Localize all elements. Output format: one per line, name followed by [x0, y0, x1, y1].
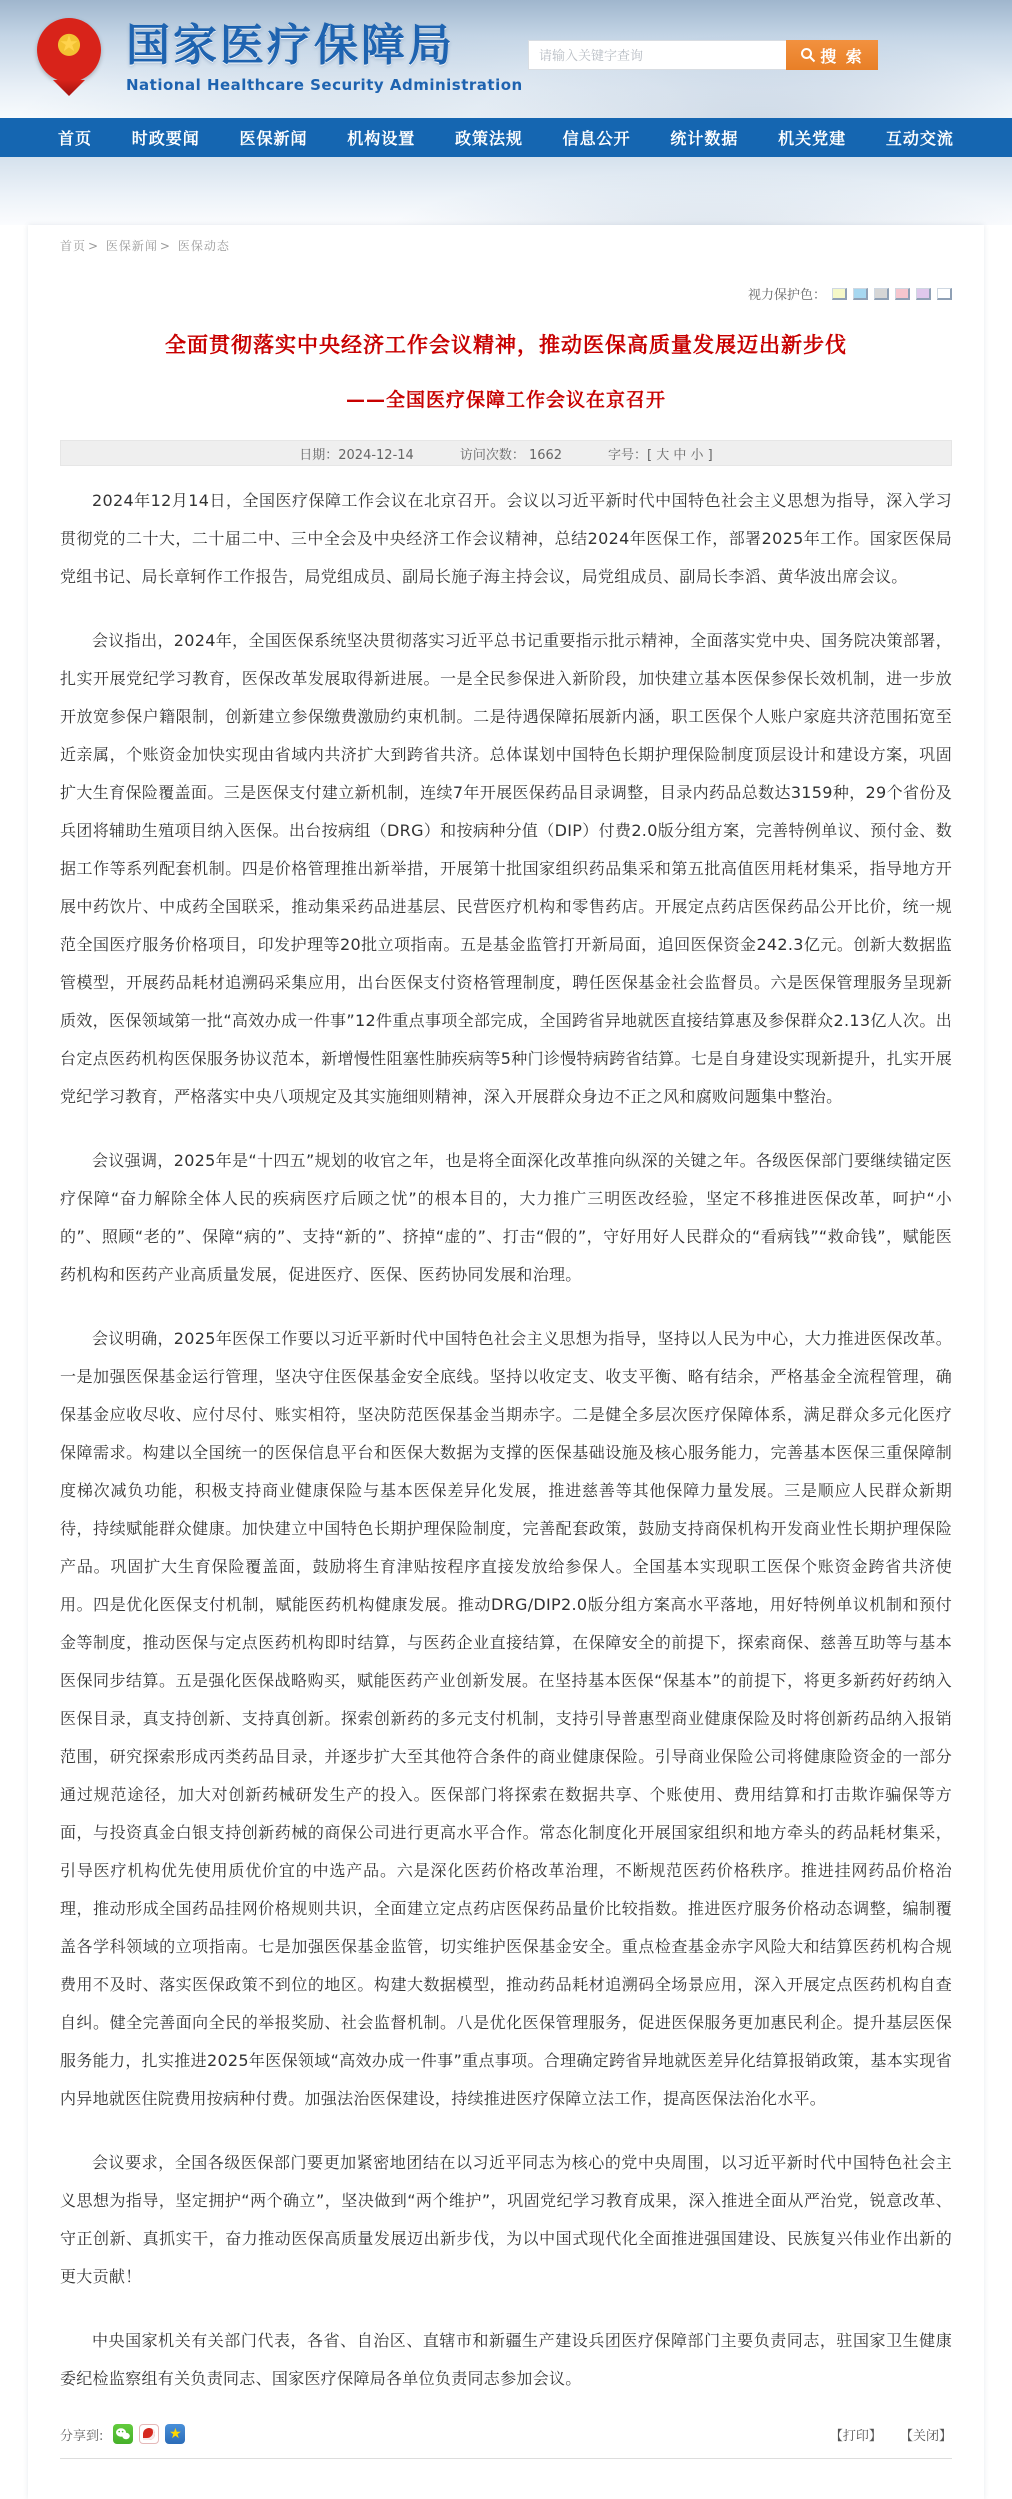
nav-item-statistics[interactable]: 统计数据	[670, 126, 738, 149]
nav-item-policies[interactable]: 政策法规	[455, 126, 523, 149]
meta-date: 日期：2024-12-14	[299, 444, 414, 463]
eye-color-swatch-yellow[interactable]	[832, 288, 847, 300]
article-body: 2024年12月14日，全国医疗保障工作会议在北京召开。会议以习近平新时代中国特…	[60, 482, 952, 2398]
page-tools: 【打印】 【关闭】	[816, 2425, 952, 2444]
nav-item-organization[interactable]: 机构设置	[347, 126, 415, 149]
search-button[interactable]: 搜 索	[786, 40, 878, 70]
meta-visit-count: 访问次数： 1662	[460, 444, 562, 463]
wechat-share-icon[interactable]	[113, 2424, 133, 2444]
article-subtitle: ——全国医疗保障工作会议在京召开	[60, 385, 952, 412]
emblem-ribbon	[53, 80, 85, 96]
article-paragraph: 2024年12月14日，全国医疗保障工作会议在北京召开。会议以习近平新时代中国特…	[60, 482, 952, 596]
national-emblem-logo: ★	[30, 14, 108, 102]
qzone-share-icon[interactable]: ★	[165, 2424, 185, 2444]
nav-item-public-info[interactable]: 信息公开	[563, 126, 631, 149]
breadcrumb-dynamics[interactable]: 医保动态	[178, 239, 230, 253]
hero-strip	[0, 157, 1012, 225]
breadcrumb-separator: >	[88, 239, 99, 253]
star-icon: ★	[37, 34, 101, 56]
article-meta-bar: 日期：2024-12-14 访问次数： 1662 字号：[ 大 中 小 ]	[60, 440, 952, 466]
eye-color-swatch-gray[interactable]	[874, 288, 889, 300]
nav-item-interaction[interactable]: 互动交流	[886, 126, 954, 149]
article-paragraph: 会议强调，2025年是“十四五”规划的收官之年，也是将全面深化改革推向纵深的关键…	[60, 1142, 952, 1294]
share-icons: ★	[113, 2424, 185, 2444]
print-button[interactable]: 【打印】	[830, 2429, 882, 2444]
share-label: 分享到:	[60, 2425, 103, 2444]
site-title: 国家医疗保障局	[126, 22, 523, 70]
content-card: 首页> 医保新闻> 医保动态 视力保护色： 全面贯彻落实中央经济工作会议精神，推…	[28, 225, 984, 2499]
site-header: ★ 国家医疗保障局 National Healthcare Security A…	[0, 0, 1012, 118]
breadcrumb: 首页> 医保新闻> 医保动态	[60, 237, 952, 254]
meta-font-size-switcher[interactable]: 字号：[ 大 中 小 ]	[608, 444, 713, 463]
share-row: 分享到: ★ 【打印】 【关闭】	[60, 2424, 952, 2444]
bottom-divider	[60, 2458, 952, 2459]
search-button-label: 搜 索	[820, 44, 864, 67]
weibo-glyph	[143, 2428, 155, 2440]
page: ★ 国家医疗保障局 National Healthcare Security A…	[0, 0, 1012, 2499]
article-paragraph: 会议指出，2024年，全国医保系统坚决贯彻落实习近平总书记重要指示批示精神，全面…	[60, 622, 952, 1116]
breadcrumb-separator: >	[160, 239, 171, 253]
search-icon	[800, 47, 816, 63]
eye-color-swatch-purple[interactable]	[916, 288, 931, 300]
main-nav: 首页 时政要闻 医保新闻 机构设置 政策法规 信息公开 统计数据 机关党建 互动…	[0, 118, 1012, 157]
search-bar: 搜 索	[528, 40, 878, 70]
eye-protection-row: 视力保护色：	[60, 284, 952, 303]
eye-protection-label: 视力保护色：	[748, 284, 826, 303]
search-input[interactable]	[528, 40, 786, 70]
nav-item-medical-insurance-news[interactable]: 医保新闻	[239, 126, 307, 149]
brand: ★ 国家医疗保障局 National Healthcare Security A…	[30, 14, 523, 102]
site-subtitle-en: National Healthcare Security Administrat…	[126, 76, 523, 94]
weibo-share-icon[interactable]	[139, 2424, 159, 2444]
eye-color-swatch-white[interactable]	[937, 288, 952, 300]
emblem-circle: ★	[37, 18, 101, 82]
nav-item-party-building[interactable]: 机关党建	[778, 126, 846, 149]
close-button[interactable]: 【关闭】	[900, 2429, 952, 2444]
article-paragraph: 中央国家机关有关部门代表，各省、自治区、直辖市和新疆生产建设兵团医疗保障部门主要…	[60, 2322, 952, 2398]
nav-item-politics-news[interactable]: 时政要闻	[132, 126, 200, 149]
article-paragraph: 会议要求，全国各级医保部门要更加紧密地团结在以习近平同志为核心的党中央周围，以习…	[60, 2144, 952, 2296]
breadcrumb-home[interactable]: 首页	[60, 239, 86, 253]
article-title: 全面贯彻落实中央经济工作会议精神，推动医保高质量发展迈出新步伐	[60, 329, 952, 359]
article-paragraph: 会议明确，2025年医保工作要以习近平新时代中国特色社会主义思想为指导，坚持以人…	[60, 1320, 952, 2118]
nav-item-home[interactable]: 首页	[58, 126, 92, 149]
eye-color-swatch-blue[interactable]	[853, 288, 868, 300]
brand-text: 国家医疗保障局 National Healthcare Security Adm…	[126, 22, 523, 94]
breadcrumb-news[interactable]: 医保新闻	[106, 239, 158, 253]
eye-color-swatch-pink[interactable]	[895, 288, 910, 300]
